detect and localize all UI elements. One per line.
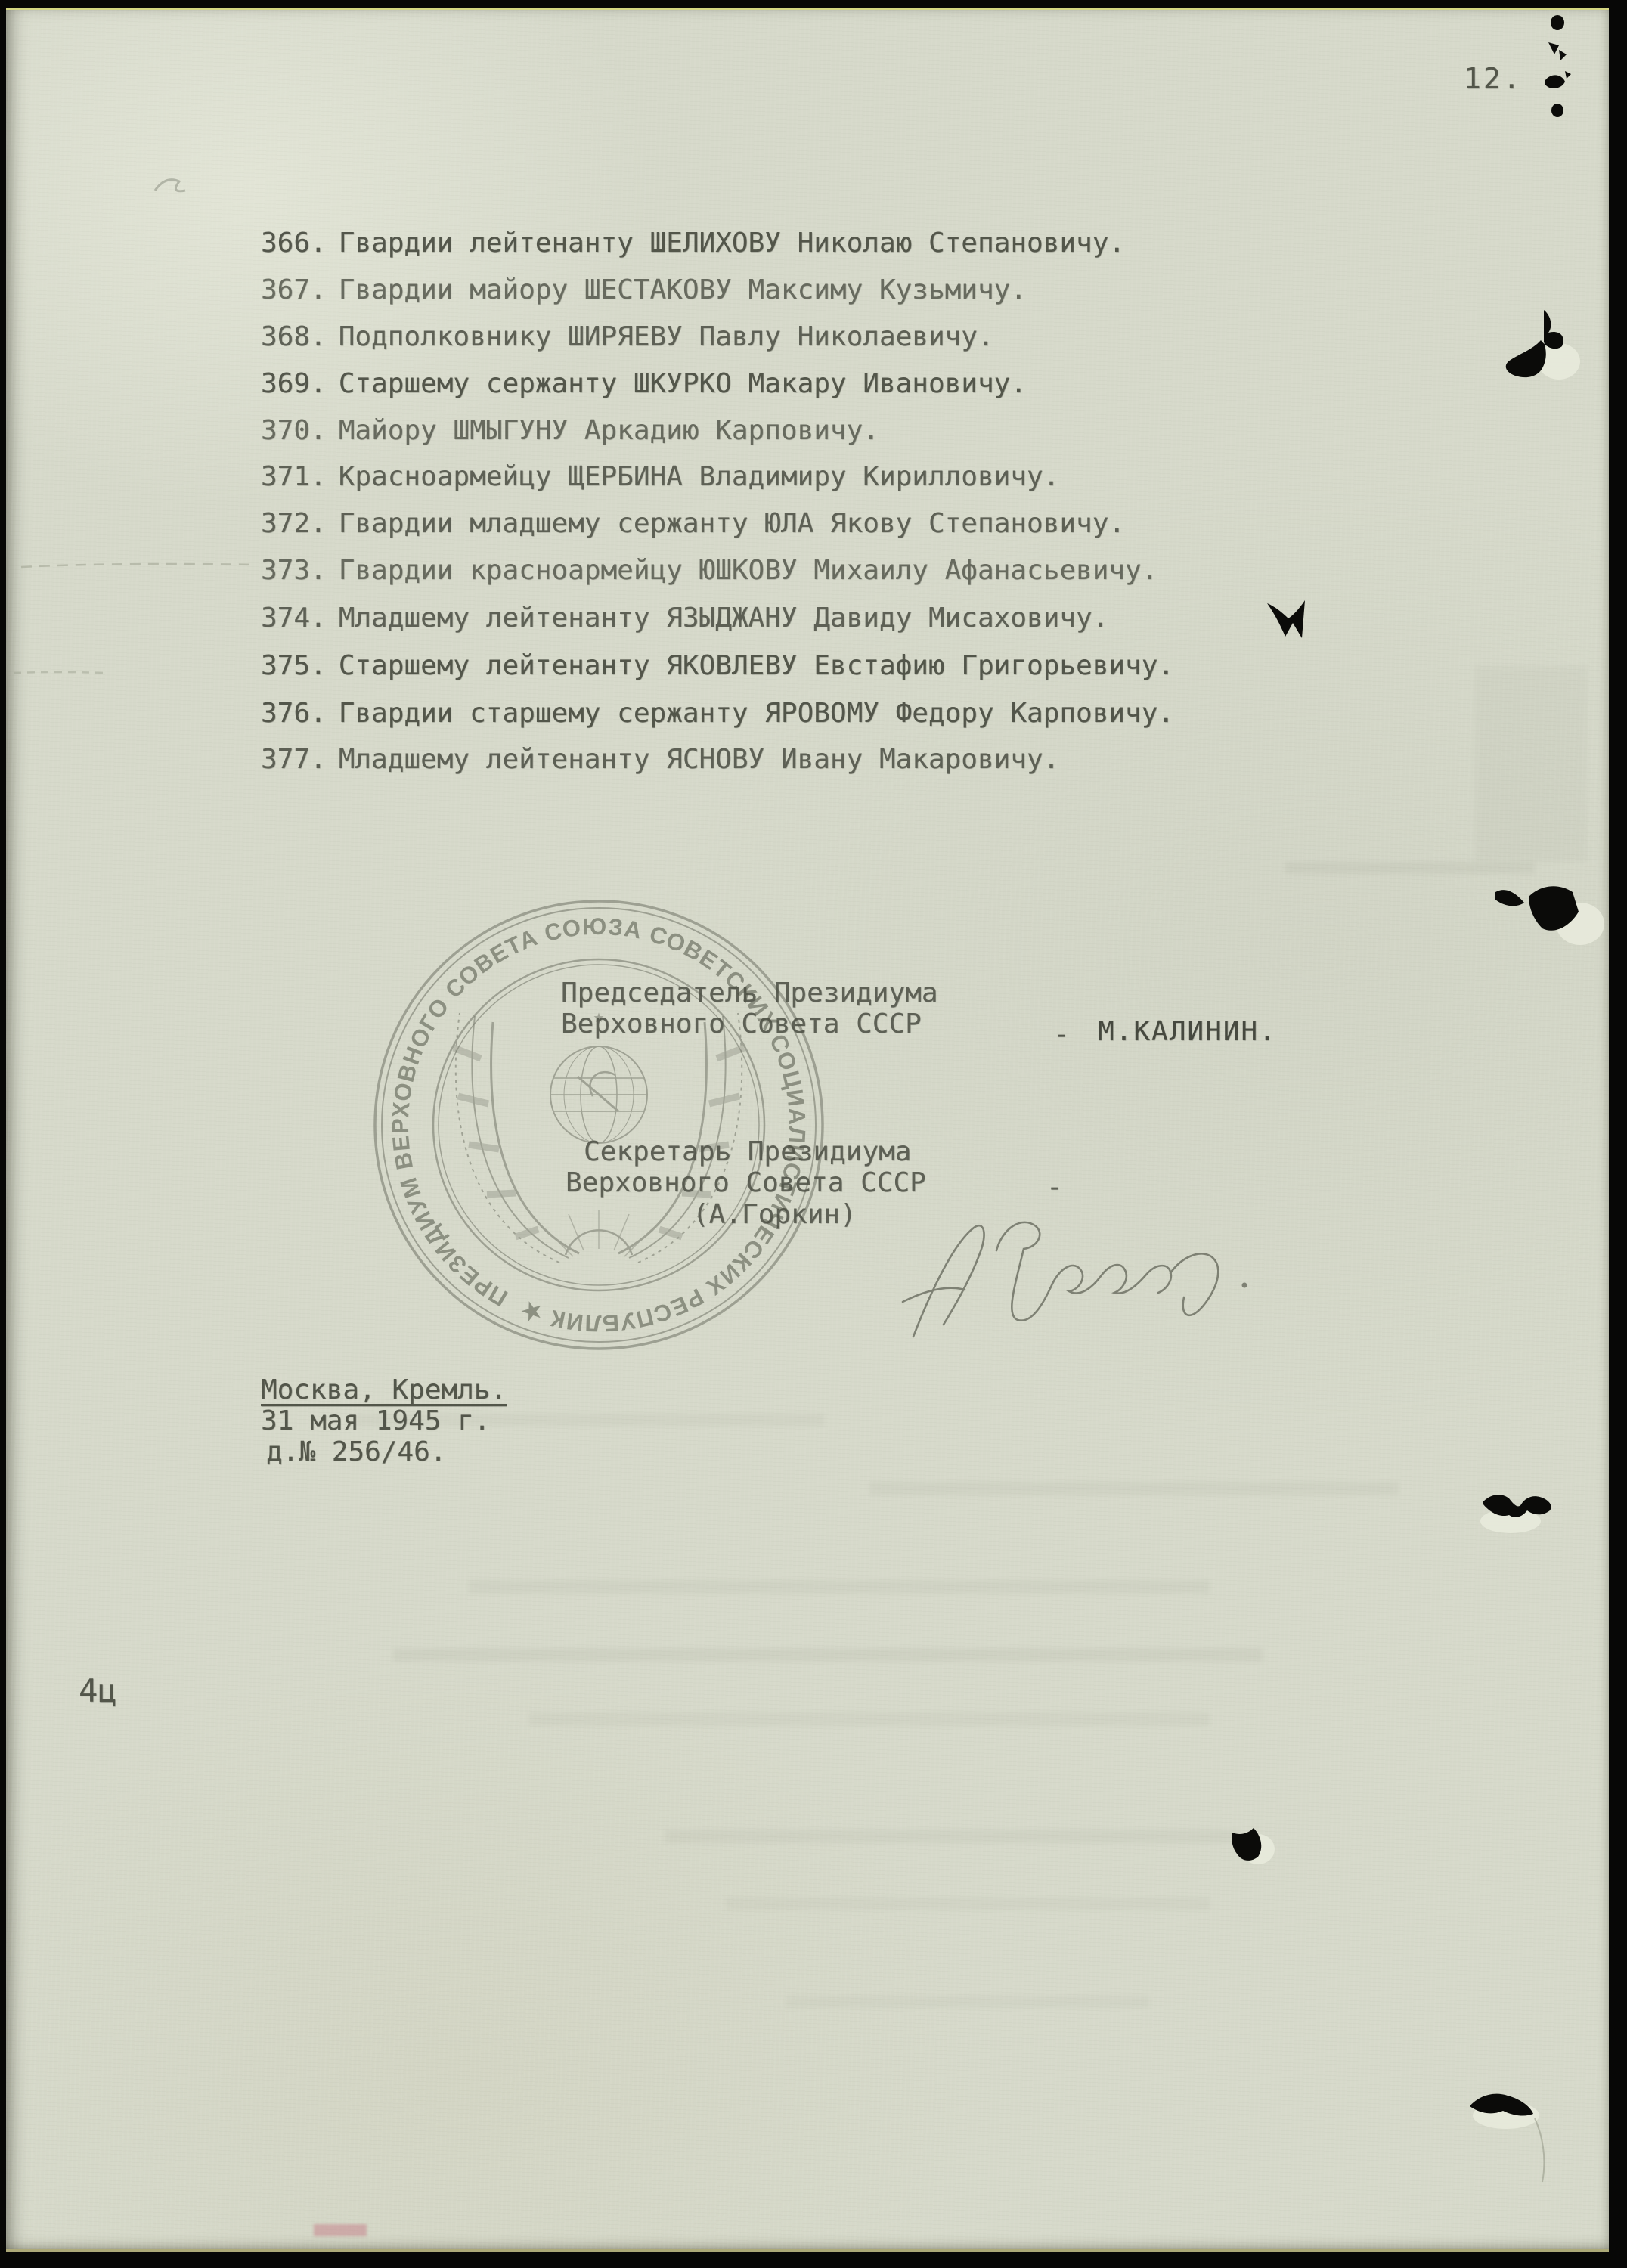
scanned-document: ПРЕЗИДИУМ ВЕРХОВНОГО СОВЕТА СОЮЗА СОВЕТС…	[0, 0, 1627, 2268]
list-item: 369.Старшему сержанту ШКУРКО Макару Иван…	[261, 370, 1027, 399]
list-item-number: 366.	[261, 229, 327, 259]
list-item-text: Младшему лейтенанту ЯСНОВУ Ивану Макаров…	[339, 745, 1060, 775]
list-item-text: Гвардии красноармейцу ЮШКОВУ Михаилу Афа…	[339, 556, 1158, 586]
secretary-title-line2: Верховного Совета СССР	[566, 1169, 926, 1198]
list-item-text: Красноармейцу ЩЕРБИНА Владимиру Кириллов…	[339, 463, 1060, 492]
list-item: 367.Гвардии майору ШЕСТАКОВУ Максиму Куз…	[261, 276, 1027, 305]
list-item-number: 368.	[261, 323, 327, 352]
list-item-number: 373.	[261, 556, 327, 586]
chairman-title-line1: Председатель Президиума	[561, 979, 938, 1009]
list-item: 375.Старшему лейтенанту ЯКОВЛЕВУ Евстафи…	[261, 652, 1174, 681]
list-item-number: 369.	[261, 370, 327, 399]
list-item: 368.Подполковнику ШИРЯЕВУ Павлу Николаев…	[261, 323, 994, 352]
list-item-text: Подполковнику ШИРЯЕВУ Павлу Николаевичу.	[339, 323, 994, 352]
list-item-number: 377.	[261, 745, 327, 775]
archival-mark: 4ц	[79, 1674, 117, 1708]
date-line: 31 мая 1945 г.	[261, 1407, 490, 1436]
list-item-text: Гвардии лейтенанту ШЕЛИХОВУ Николаю Степ…	[339, 229, 1125, 259]
chairman-name: М.КАЛИНИН.	[1098, 1018, 1277, 1047]
list-item: 366.Гвардии лейтенанту ШЕЛИХОВУ Николаю …	[261, 229, 1125, 259]
list-item-text: Гвардии младшему сержанту ЮЛА Якову Степ…	[339, 510, 1125, 539]
list-item-text: Старшему лейтенанту ЯКОВЛЕВУ Евстафию Гр…	[339, 652, 1174, 681]
list-item: 377.Младшему лейтенанту ЯСНОВУ Ивану Мак…	[261, 745, 1059, 775]
list-item: 374.Младшему лейтенанту ЯЗЫДЖАНУ Давиду …	[261, 604, 1108, 634]
list-item-number: 372.	[261, 510, 327, 539]
chairman-dash: -	[1053, 1021, 1070, 1050]
location-line: Москва, Кремль.	[261, 1376, 507, 1405]
chairman-title-line2: Верховного Совета СССР	[561, 1010, 922, 1039]
list-item: 371.Красноармейцу ЩЕРБИНА Владимиру Кири…	[261, 463, 1059, 492]
list-item-text: Младшему лейтенанту ЯЗЫДЖАНУ Давиду Миса…	[339, 604, 1109, 634]
pink-stamp-smudge	[314, 2224, 367, 2236]
list-item: 370.Майору ШМЫГУНУ Аркадию Карповичу.	[261, 417, 879, 446]
list-item-text: Майору ШМЫГУНУ Аркадию Карповичу.	[339, 417, 879, 446]
list-item-text: Старшему сержанту ШКУРКО Макару Иванович…	[339, 370, 1027, 399]
list-item-text: Гвардии старшему сержанту ЯРОВОМУ Федору…	[339, 699, 1174, 729]
list-item-number: 371.	[261, 463, 327, 492]
page-number: 12.	[1464, 64, 1523, 94]
list-item: 376.Гвардии старшему сержанту ЯРОВОМУ Фе…	[261, 699, 1174, 729]
case-number-line: д.№ 256/46.	[266, 1438, 446, 1467]
list-item-number: 374.	[261, 604, 327, 634]
secretary-title-line1: Секретарь Президиума	[584, 1138, 911, 1167]
list-item: 372.Гвардии младшему сержанту ЮЛА Якову …	[261, 510, 1125, 539]
list-item-number: 375.	[261, 652, 327, 681]
list-item-number: 367.	[261, 276, 327, 305]
list-item: 373.Гвардии красноармейцу ЮШКОВУ Михаилу…	[261, 556, 1157, 586]
secretary-dash: -	[1046, 1173, 1063, 1203]
list-item-number: 376.	[261, 699, 327, 729]
list-item-text: Гвардии майору ШЕСТАКОВУ Максиму Кузьмич…	[339, 276, 1027, 305]
list-item-number: 370.	[261, 417, 327, 446]
secretary-name: (А.Горкин)	[693, 1201, 857, 1230]
